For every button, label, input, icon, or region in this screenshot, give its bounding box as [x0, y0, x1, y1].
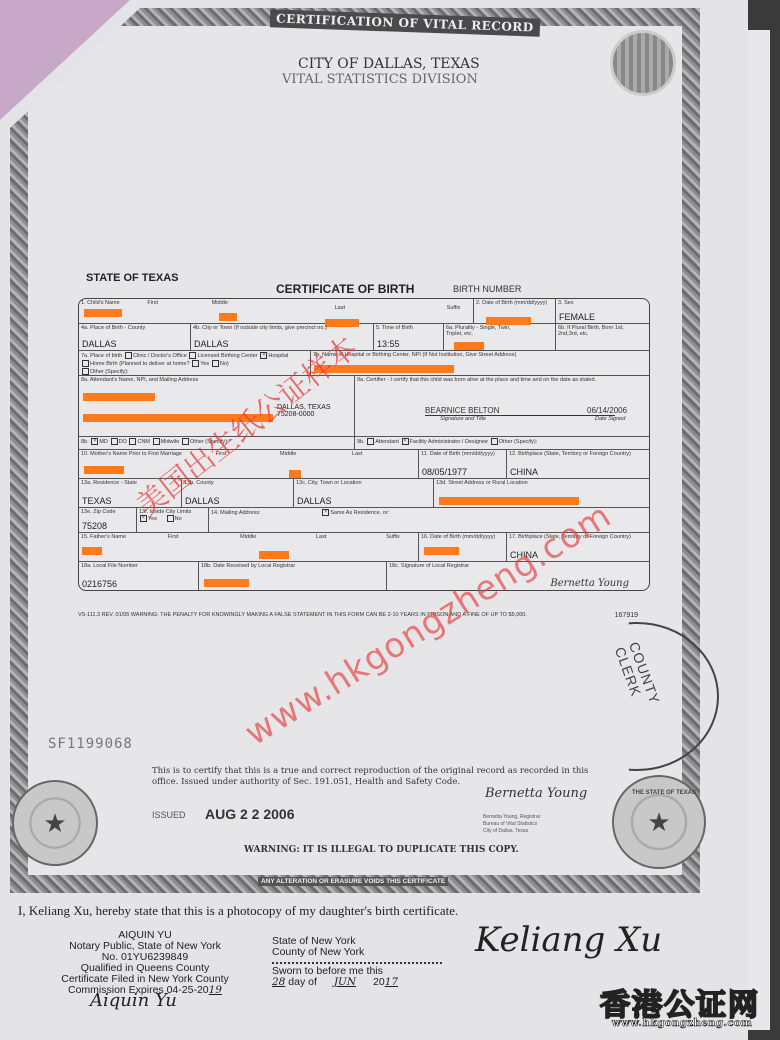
redaction-father-dob	[424, 547, 459, 555]
mother-birthplace-cell: 12. Birthplace (State, Territory or Fore…	[507, 450, 649, 478]
venue-divider	[272, 962, 442, 964]
checkbox-birthing-center	[189, 352, 196, 359]
checkbox-same-as-residence-checked: ×	[322, 509, 329, 516]
redaction-middle-name	[219, 313, 237, 321]
certifier-name: BEARNICE BELTON	[425, 406, 499, 415]
father-label: 15. Father's Name	[81, 534, 126, 540]
mailing-same: Same As Residence, or:	[330, 510, 389, 516]
father-dob-label: 16. Date of Birth (mm/dd/yyyy)	[421, 534, 495, 540]
registrar-line-3: City of Dallas, Texas	[483, 828, 540, 835]
residence-street-cell: 13d. Street Address or Rural Location	[434, 479, 649, 507]
issuing-city: CITY OF DALLAS, TEXAS	[298, 56, 480, 72]
child-name-label: 1. Child's Name	[81, 300, 120, 306]
checkbox-yes	[192, 360, 199, 367]
certifier-date-caption: Date Signed	[595, 416, 625, 422]
row-place: 4a. Place of Birth - County DALLAS 4b. C…	[79, 324, 649, 351]
zip-value: 75208	[82, 521, 107, 531]
affiant-signature: Keliang Xu	[475, 920, 662, 960]
checkbox-attendant	[367, 438, 374, 445]
texas-seal-text: THE STATE OF TEXAS	[632, 790, 696, 796]
certification-statement: This is to certify that this is a true a…	[152, 766, 612, 788]
alteration-notice: ANY ALTERATION OR ERASURE VOIDS THIS CER…	[258, 877, 448, 886]
option-midwife: Midwife	[161, 439, 180, 445]
county-cell: 4a. Place of Birth - County DALLAS	[79, 324, 191, 350]
mailing-label: 14. Mailing Address:	[211, 510, 261, 516]
certifier-label: 9a. Certifier - I certify that this chil…	[357, 377, 596, 383]
mother-dob-value: 08/05/1977	[422, 467, 467, 477]
certifier-cell: 9a. Certifier - I certify that this chil…	[355, 376, 649, 436]
redaction-father-last	[259, 551, 289, 559]
option-attendant: Attendant	[375, 439, 399, 445]
suffix-label: Suffix	[447, 305, 461, 311]
checkbox-clinic	[125, 352, 132, 359]
registrar-sig-label: 18c. Signature of Local Registrar	[389, 563, 469, 569]
residence-state-value: TEXAS	[82, 496, 112, 506]
checkbox-home	[82, 360, 89, 367]
father-suffix-label: Suffix	[386, 534, 400, 540]
mother-middle-label: Middle	[280, 451, 296, 457]
option-yes: Yes	[200, 361, 209, 367]
redaction-father-first	[82, 547, 102, 555]
attendant-label: 8a. Attendant's Name, NPI, and Mailing A…	[81, 377, 198, 383]
year-suffix: 17	[385, 976, 398, 988]
residence-state-label: 13a. Residence - State	[81, 480, 137, 486]
first-label: First	[147, 300, 158, 306]
father-first-label: First	[168, 534, 179, 540]
sex-cell: 3. Sex FEMALE	[556, 299, 649, 323]
residence-street-label: 13d. Street Address or Rural Location	[436, 480, 528, 486]
county-value: DALLAS	[82, 339, 117, 349]
sworn-day: 28	[272, 976, 285, 988]
checkbox-facility-checked: ×	[402, 438, 409, 445]
option-home: Home Birth	[90, 361, 118, 367]
checkbox-do	[111, 438, 118, 445]
row-types: 8b. ×MD DO CNM Midwife Other (Specify): …	[79, 437, 649, 450]
date-received-cell: 18b. Date Received by Local Registrar	[199, 562, 387, 590]
zip-cell: 13e. Zip Code 75208	[79, 508, 137, 532]
notary-expires-year: 19	[209, 984, 222, 996]
option-md: MD	[99, 439, 108, 445]
venue: State of New York County of New York	[272, 936, 364, 958]
option-other-certifier: Other (Specify):	[499, 439, 538, 445]
row-attendant: 8a. Attendant's Name, NPI, and Mailing A…	[79, 376, 649, 437]
document-paper: CERTIFICATION OF VITAL RECORD CITY OF DA…	[0, 0, 748, 1040]
certifier-date: 06/14/2006	[587, 406, 627, 415]
bureau-seal-icon: ★	[12, 780, 98, 866]
time-label: 5. Time of Birth	[376, 325, 413, 331]
form-title: CERTIFICATE OF BIRTH	[276, 282, 414, 296]
row-facility: 7a. Place of birth Clinic / Doctor's Off…	[79, 351, 649, 376]
option-planned: (Planned to deliver at home?	[119, 361, 189, 367]
local-file-value: 0216756	[82, 579, 117, 589]
issued-label: ISSUED	[152, 810, 186, 820]
sex-label: 3. Sex	[558, 300, 574, 306]
child-name-cell: 1. Child's Name First Middle Last Suffix	[79, 299, 474, 323]
registrar-line-1: Bernetta Young, Registrar	[483, 814, 540, 821]
plural-order-cell: 6b. If Plural Birth, Born 1st, 2nd,3rd, …	[556, 324, 649, 350]
sex-value: FEMALE	[559, 312, 595, 322]
mother-birthplace-label: 12. Birthplace (State, Territory or Fore…	[509, 451, 631, 457]
site-logo-url: www.hkgongzheng.com	[612, 1018, 752, 1029]
dob-label: 2. Date of Birth (mm/dd/yyyy)	[476, 300, 547, 306]
mother-dob-cell: 11. Date of Birth (mm/dd/yyyy) 08/05/197…	[419, 450, 507, 478]
row-child: 1. Child's Name First Middle Last Suffix…	[79, 299, 649, 324]
mother-dob-label: 11. Date of Birth (mm/dd/yyyy)	[421, 451, 495, 457]
registrar-signature: Bernetta Young	[485, 786, 587, 801]
redaction-first-name	[84, 309, 122, 317]
place-label: 7a. Place of birth	[81, 353, 122, 359]
last-label: Last	[335, 305, 345, 311]
jurat: Sworn to before me this 28 day of JUN 20…	[272, 966, 398, 988]
mother-last-label: Last	[352, 451, 362, 457]
duplicate-warning: WARNING: IT IS ILLEGAL TO DUPLICATE THIS…	[244, 845, 519, 855]
option-no: No)	[220, 361, 229, 367]
city-value: DALLAS	[194, 339, 229, 349]
form-number: 167919	[615, 612, 638, 619]
inside-city-no: No	[175, 516, 182, 522]
mother-name-cell: 10. Mother's Name Prior to First Marriag…	[79, 450, 419, 478]
local-file-label: 18a. Local File Number	[81, 563, 138, 569]
father-middle-label: Middle	[240, 534, 256, 540]
serial-number: SF1199068	[48, 736, 133, 752]
father-last-label: Last	[316, 534, 326, 540]
checkbox-hospital-checked: ×	[260, 352, 267, 359]
form-state: STATE OF TEXAS	[86, 272, 179, 284]
option-do: DO	[119, 439, 127, 445]
option-cnm: CNM	[137, 439, 150, 445]
venue-county: County of New York	[272, 947, 364, 958]
checkbox-midwife	[153, 438, 160, 445]
certifier-types-label: 9b.	[357, 439, 365, 445]
birth-number-label: BIRTH NUMBER	[453, 284, 521, 294]
option-other: Other (Specify):	[90, 369, 129, 375]
redaction-attendant-name	[83, 393, 155, 401]
checkbox-other	[82, 368, 89, 375]
option-birthing-center: Licensed Birthing Center	[197, 353, 257, 359]
checkbox-no	[212, 360, 219, 367]
notary-signature: Aiquin Yu	[90, 990, 177, 1011]
redaction-mother-last	[289, 470, 301, 478]
plurality-label: 6a. Plurality - Single, Twin, Triplet, e…	[446, 325, 516, 337]
option-hospital: Hospital	[268, 353, 288, 359]
certifier-sig-caption: Signature and Title	[440, 416, 486, 422]
redaction-mother-first	[84, 466, 124, 474]
plural-order-label: 6b. If Plural Birth, Born 1st, 2nd,3rd, …	[558, 325, 628, 337]
county-label: 4a. Place of Birth - County	[81, 325, 145, 331]
sworn-month: JUN	[320, 976, 370, 988]
checkbox-inside-no	[167, 515, 174, 522]
date-received-label: 18b. Date Received by Local Registrar	[201, 563, 295, 569]
local-registrar-signature: Bernetta Young	[550, 578, 629, 589]
day-of-label: day of	[288, 976, 317, 988]
issuing-division: VITAL STATISTICS DIVISION	[282, 72, 478, 87]
redaction-date-received	[204, 579, 249, 587]
residence-county-value: DALLAS	[185, 496, 220, 506]
checkbox-other-certifier	[491, 438, 498, 445]
zip-label: 13e. Zip Code	[81, 509, 116, 515]
mother-birthplace-value: CHINA	[510, 467, 538, 477]
residence-city-cell: 13c. City, Town or Location DALLAS	[294, 479, 434, 507]
notary-stamp: AIQUIN YU Notary Public, State of New Yo…	[45, 930, 245, 996]
year-prefix: 20	[373, 976, 385, 988]
father-name-cell: 15. Father's Name First Middle Last Suff…	[79, 533, 419, 561]
option-facility: Facility Administrator / Designee	[410, 439, 489, 445]
registrar-line-2: Bureau of Vital Statistics	[483, 821, 540, 828]
attendant-types-label: 8b.	[81, 439, 89, 445]
checkbox-cnm	[129, 438, 136, 445]
redaction-plurality	[454, 342, 484, 350]
redaction-street	[439, 497, 579, 505]
form-footer: VS-111.3 REV. 01/05 WARNING: THE PENALTY…	[78, 612, 658, 618]
issued-date: AUG 2 2 2006	[205, 806, 295, 822]
residence-city-value: DALLAS	[297, 496, 332, 506]
corner-ornament-icon	[610, 30, 676, 96]
time-cell: 5. Time of Birth 13:55	[374, 324, 444, 350]
time-value: 13:55	[377, 339, 400, 349]
affiant-statement: I, Keliang Xu, hereby state that this is…	[18, 903, 458, 919]
checkbox-md-checked: ×	[91, 438, 98, 445]
row-registrar: 18a. Local File Number 0216756 18b. Date…	[79, 562, 649, 590]
certifier-types-cell: 9b. Attendant ×Facility Administrator / …	[355, 437, 649, 449]
local-file-cell: 18a. Local File Number 0216756	[79, 562, 199, 590]
city-label: 4b. City or Town (If outside city limits…	[193, 325, 327, 331]
residence-city-label: 13c. City, Town or Location	[296, 480, 362, 486]
registrar-info: Bernetta Young, Registrar Bureau of Vita…	[483, 814, 540, 835]
father-dob-cell: 16. Date of Birth (mm/dd/yyyy)	[419, 533, 507, 561]
middle-label: Middle	[212, 300, 228, 306]
option-clinic: Clinic / Doctor's Office	[133, 353, 187, 359]
dob-cell: 2. Date of Birth (mm/dd/yyyy)	[474, 299, 556, 323]
plurality-cell: 6a. Plurality - Single, Twin, Triplet, e…	[444, 324, 556, 350]
